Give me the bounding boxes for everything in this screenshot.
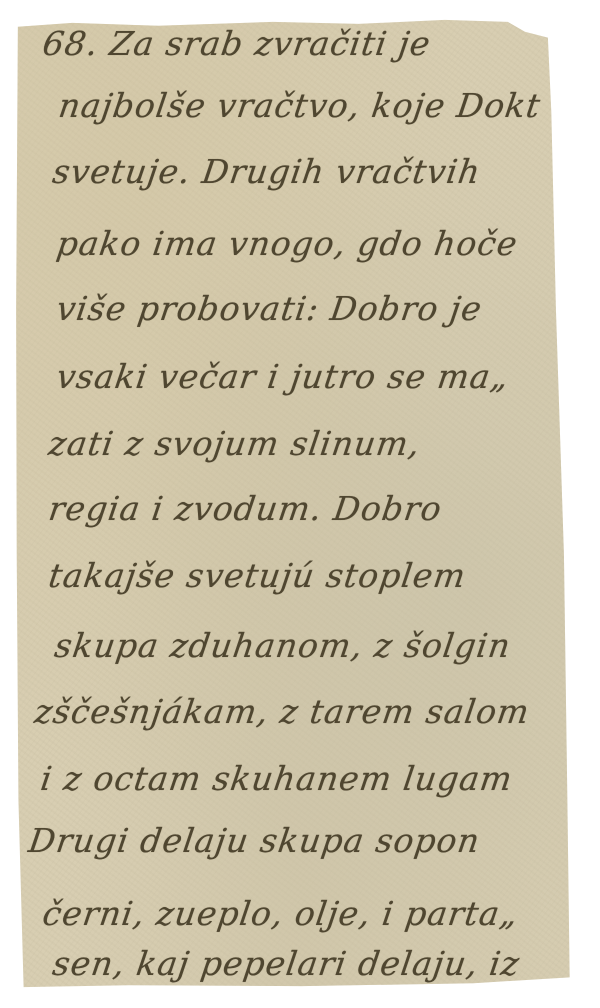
text-line-9: takajše svetujú stoplem [46, 556, 468, 595]
text-line-10: skupa zduhanom, z šolgin [52, 626, 513, 665]
scan-background: 68. Za srab zvračiti je najbolše vračtvo… [0, 0, 600, 1008]
text-line-2: najbolše vračtvo, koje Dokt [56, 86, 543, 125]
manuscript-page: 68. Za srab zvračiti je najbolše vračtvo… [15, 14, 588, 997]
text-line-14: černi, zueplo, olje, i parta„ [40, 894, 521, 933]
text-line-12: i z octam skuhanem lugam [38, 759, 515, 798]
handwritten-text-block: 68. Za srab zvračiti je najbolše vračtvo… [15, 14, 588, 997]
text-line-4: pako ima vnogo, gdo hoče [54, 224, 520, 263]
text-line-11: zščešnjákam, z tarem salom [32, 692, 532, 731]
text-line-3: svetuje. Drugih vračtvih [50, 152, 483, 191]
text-line-5: više probovati: Dobro je [54, 289, 484, 328]
text-line-13: Drugi delaju skupa sopon [26, 821, 483, 860]
text-line-1: 68. Za srab zvračiti je [40, 24, 433, 63]
text-line-7: zati z svojum slinum, [46, 424, 423, 463]
text-line-6: vsaki večar i jutro se ma„ [54, 357, 511, 396]
text-line-15: sen, kaj pepelari delaju, iz [50, 944, 522, 983]
text-line-8: regia i zvodum. Dobro [46, 489, 444, 528]
